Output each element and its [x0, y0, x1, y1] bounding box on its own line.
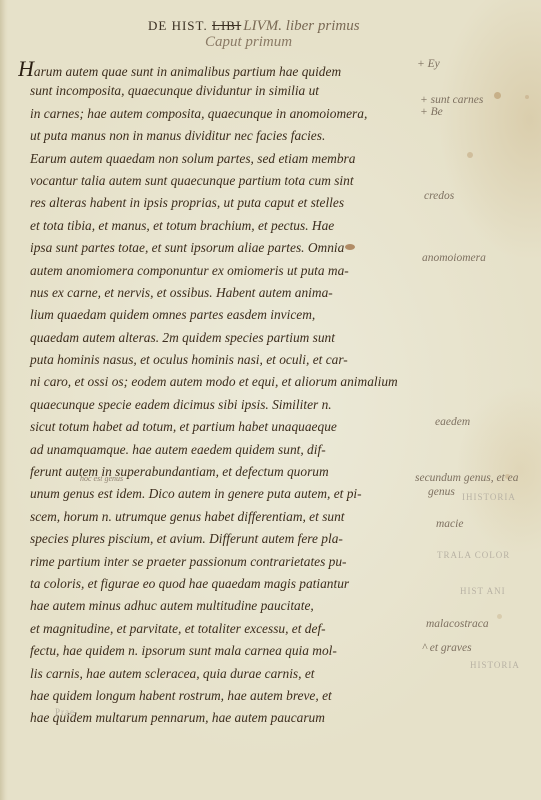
running-title: DE HIST. LIBILIVM. liber primus	[148, 18, 360, 35]
text-line: sicut totum habet ad totum, et partium h…	[18, 416, 418, 438]
text-line: in carnes; hae autem composita, quaecunq…	[18, 103, 418, 125]
margin-note: secundum genus, et ea	[415, 472, 518, 484]
text-line: hae quidem longum habent rostrum, hae au…	[18, 685, 418, 707]
text-line: lium quaedam quidem omnes partes easdem …	[18, 304, 418, 326]
text-line: species plures piscium, et avium. Differ…	[18, 528, 418, 550]
text-line: hae quidem multarum pennarum, hae autem …	[18, 707, 418, 729]
margin-note: anomoiomera	[422, 252, 486, 264]
text-line: res alteras habent in ipsis proprias, ut…	[18, 192, 418, 214]
text-line: unum genus est idem. Dico autem in gener…	[18, 483, 418, 505]
text-line: ut puta manus non in manus dividitur nec…	[18, 125, 418, 147]
bleed-through-text: HIST ANI	[460, 586, 506, 596]
text-line: hae autem minus adhuc autem multitudine …	[18, 595, 418, 617]
text-line: ipsa sunt partes totae, et sunt ipsorum …	[18, 237, 418, 259]
inserted-title: LIVM. liber primus	[243, 18, 359, 34]
bleed-through-text: TRALA COLOR	[437, 550, 510, 560]
text-line: et magnitudine, et parvitate, et totalit…	[18, 618, 418, 640]
manuscript-page: DE HIST. LIBILIVM. liber primus Caput pr…	[0, 0, 541, 800]
text-line: puta hominis nasus, et oculus hominis na…	[18, 349, 418, 371]
text-line: autem anomiomera componuntur ex omiomeri…	[18, 260, 418, 282]
margin-note: credos	[424, 190, 454, 202]
text-line: quaedam autem alteras. 2m quidem species…	[18, 327, 418, 349]
margin-note: eaedem	[435, 416, 470, 428]
margin-note: genus	[428, 486, 455, 498]
initial-letter: H	[18, 58, 34, 80]
foxing-spot	[525, 95, 529, 99]
text-line: ni caro, et ossi os; eodem autem modo et…	[18, 371, 418, 393]
text-line: quaecunque specie eadem dicimus sibi ips…	[18, 394, 418, 416]
text-line: lis carnis, hae autem scleracea, quia du…	[18, 663, 418, 685]
text-line: Earum autem quaedam non solum partes, se…	[18, 148, 418, 170]
running-title-text: DE HIST.	[148, 18, 208, 33]
margin-note: malacostraca	[426, 618, 489, 630]
text-line: fectu, hae quidem n. ipsorum sunt mala c…	[18, 640, 418, 662]
manuscript-text: Harum autem quae sunt in animalibus part…	[18, 58, 418, 730]
bottom-note: Prae	[55, 707, 75, 717]
chapter-heading: Caput primum	[205, 34, 292, 51]
text-line: ta coloris, et figurae eo quod hae quaed…	[18, 573, 418, 595]
margin-note: macie	[436, 518, 463, 530]
text-line: et tota tibia, et manus, et totum brachi…	[18, 215, 418, 237]
text-line: rime partium inter se praeter passionum …	[18, 551, 418, 573]
foxing-spot	[497, 614, 502, 619]
text-line: ferunt autem in superabundantiam, et def…	[18, 461, 418, 483]
interlinear-note: hoc est genus	[80, 474, 123, 483]
margin-note: + sunt carnes	[420, 94, 483, 106]
margin-note: + Ey	[417, 58, 440, 70]
bleed-through-text: HISTORIA	[470, 660, 520, 670]
foxing-spot	[494, 92, 501, 99]
text-line: vocantur talia autem sunt quaecunque par…	[18, 170, 418, 192]
foxing-spot	[467, 152, 473, 158]
text-line: Harum autem quae sunt in animalibus part…	[18, 58, 418, 80]
text-line: nus ex carne, et nervis, et ossibus. Hab…	[18, 282, 418, 304]
bleed-through-text: IHISTORIA	[462, 492, 516, 502]
struck-text: LIBI	[212, 18, 241, 33]
text-line: scem, horum n. utrumque genus habet diff…	[18, 506, 418, 528]
binding-edge	[0, 0, 8, 800]
margin-note: ^ et graves	[422, 642, 472, 654]
text-line: ad unamquamque. hae autem eaedem quidem …	[18, 439, 418, 461]
margin-note: + Be	[420, 106, 443, 118]
text-line: sunt incomposita, quaecunque dividuntur …	[18, 80, 418, 102]
